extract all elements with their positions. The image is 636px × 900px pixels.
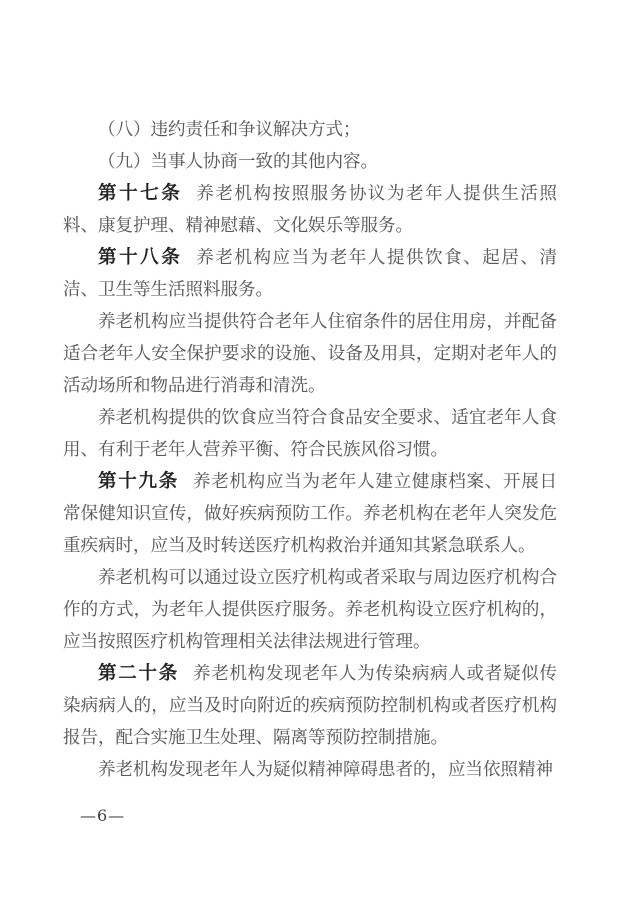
article-19-paragraph-2: 养老机构可以通过设立医疗机构或者采取与周边医疗机构合作的方式，为老年人提供医疗服…: [63, 562, 557, 658]
article-19-number: 第十九条: [98, 471, 179, 492]
document-body: （八）违约责任和争议解决方式； （九）当事人协商一致的其他内容。 第十七条养老机…: [63, 114, 557, 786]
list-item-8: （八）违约责任和争议解决方式；: [63, 114, 557, 146]
paragraph-text: 养老机构提供的饮食应当符合食品安全要求、适宜老年人食用、有利于老年人营养平衡、符…: [63, 408, 557, 460]
paragraph-text: 养老机构应当提供符合老年人住宿条件的居住用房，并配备适合老年人安全保护要求的设施…: [63, 312, 557, 396]
list-item-9: （九）当事人协商一致的其他内容。: [63, 146, 557, 178]
paragraph-text: 养老机构发现老年人为疑似精神障碍患者的，应当依照精神: [98, 760, 553, 780]
paragraph-text: 养老机构可以通过设立医疗机构或者采取与周边医疗机构合作的方式，为老年人提供医疗服…: [63, 568, 557, 652]
page-number: —6—: [80, 806, 125, 826]
list-item-text: （八）违约责任和争议解决方式；: [98, 120, 361, 140]
article-18-number: 第十八条: [98, 247, 182, 268]
document-page: （八）违约责任和争议解决方式； （九）当事人协商一致的其他内容。 第十七条养老机…: [0, 0, 636, 900]
article-18-paragraph-2: 养老机构应当提供符合老年人住宿条件的居住用房，并配备适合老年人安全保护要求的设施…: [63, 306, 557, 402]
article-18-paragraph-3: 养老机构提供的饮食应当符合食品安全要求、适宜老年人食用、有利于老年人营养平衡、符…: [63, 402, 557, 466]
article-19-paragraph: 第十九条养老机构应当为老年人建立健康档案、开展日常保健知识宣传，做好疾病预防工作…: [63, 466, 557, 562]
article-17-paragraph: 第十七条养老机构按照服务协议为老年人提供生活照料、康复护理、精神慰藉、文化娱乐等…: [63, 178, 557, 242]
article-17-number: 第十七条: [98, 183, 182, 204]
article-20-paragraph: 第二十条养老机构发现老年人为传染病病人或者疑似传染病病人的，应当及时向附近的疾病…: [63, 658, 557, 754]
article-20-number: 第二十条: [98, 663, 179, 684]
article-18-paragraph: 第十八条养老机构应当为老年人提供饮食、起居、清洁、卫生等生活照料服务。: [63, 242, 557, 306]
article-20-paragraph-2: 养老机构发现老年人为疑似精神障碍患者的，应当依照精神: [63, 754, 557, 786]
list-item-text: （九）当事人协商一致的其他内容。: [98, 152, 378, 172]
